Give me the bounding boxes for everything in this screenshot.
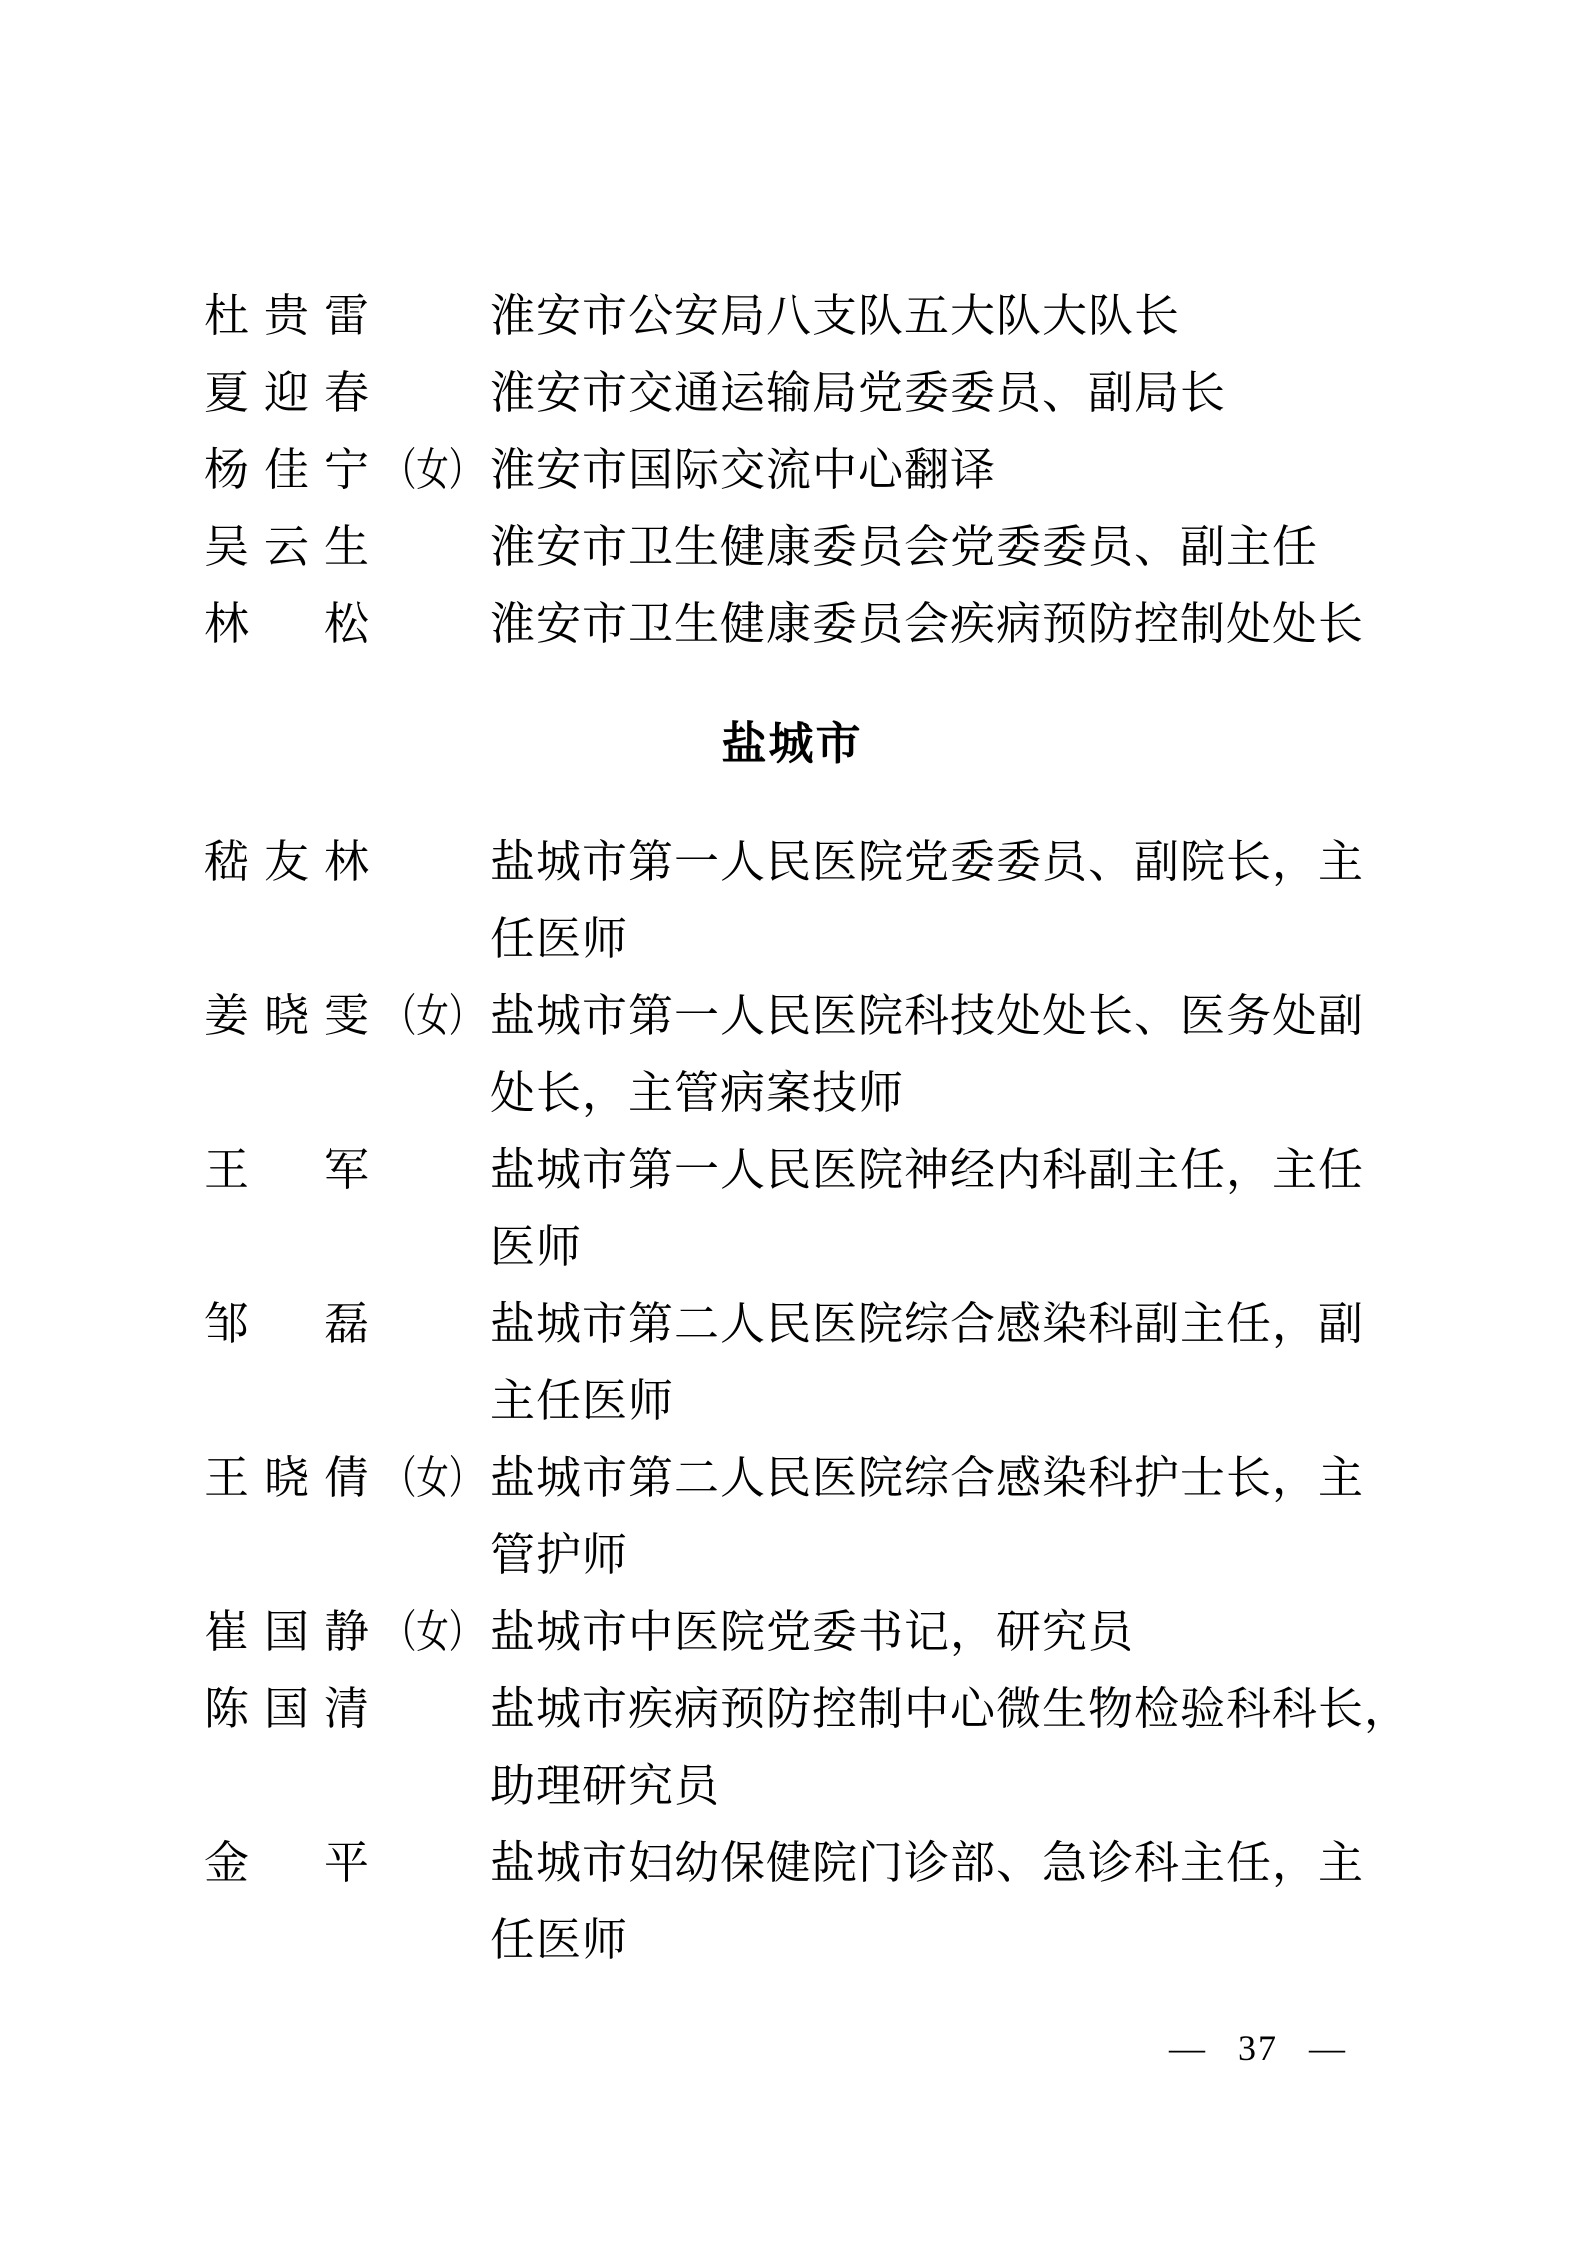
person-name-text: 金 平: [204, 1838, 384, 1888]
person-entry: 王晓倩（女） 盐城市第二人民医院综合感染科护士长，主 管护师: [204, 1440, 1380, 1594]
person-name: 夏迎春: [204, 355, 490, 432]
person-position: 盐城市妇幼保健院门诊部、急诊科主任，主 任医师: [490, 1825, 1380, 1979]
person-position: 盐城市第二人民医院综合感染科护士长，主 管护师: [490, 1440, 1380, 1594]
person-entry: 杜贵雷 淮安市公安局八支队五大队大队长: [204, 278, 1380, 355]
person-name-text: 杨佳宁: [204, 445, 384, 495]
page-number: — 37 —: [1169, 2026, 1347, 2070]
person-position: 盐城市中医院党委书记，研究员: [490, 1594, 1380, 1671]
gender-note: （女）: [384, 978, 481, 1055]
person-name: 王 军: [204, 1132, 490, 1209]
person-entry: 林 松 淮安市卫生健康委员会疾病预防控制处处长: [204, 586, 1380, 663]
person-entry: 嵇友林 盐城市第一人民医院党委委员、副院长，主 任医师: [204, 824, 1380, 978]
person-name: 吴云生: [204, 509, 490, 586]
person-name: 王晓倩（女）: [204, 1440, 490, 1517]
person-position: 盐城市第一人民医院党委委员、副院长，主 任医师: [490, 824, 1380, 978]
person-position: 淮安市卫生健康委员会疾病预防控制处处长: [490, 586, 1380, 663]
person-name: 杜贵雷: [204, 278, 490, 355]
person-name: 嵇友林: [204, 824, 490, 901]
person-name: 姜晓雯（女）: [204, 978, 490, 1055]
person-name: 杨佳宁（女）: [204, 432, 490, 509]
person-name: 崔国静（女）: [204, 1594, 490, 1671]
person-entry: 姜晓雯（女） 盐城市第一人民医院科技处处长、医务处副 处长，主管病案技师: [204, 978, 1380, 1132]
person-name-text: 杜贵雷: [204, 291, 384, 341]
person-position: 淮安市卫生健康委员会党委委员、副主任: [490, 509, 1380, 586]
gender-note: （女）: [384, 432, 481, 509]
person-name-text: 陈国清: [204, 1684, 384, 1734]
person-entry: 杨佳宁（女） 淮安市国际交流中心翻译: [204, 432, 1380, 509]
person-position: 盐城市第一人民医院神经内科副主任，主任 医师: [490, 1132, 1380, 1286]
document-page: 杜贵雷 淮安市公安局八支队五大队大队长 夏迎春 淮安市交通运输局党委委员、副局长…: [204, 278, 1380, 1979]
person-position: 盐城市第二人民医院综合感染科副主任，副 主任医师: [490, 1286, 1380, 1440]
person-name: 林 松: [204, 586, 490, 663]
person-name-text: 夏迎春: [204, 368, 384, 418]
person-name-text: 邹 磊: [204, 1299, 384, 1349]
person-entry: 王 军 盐城市第一人民医院神经内科副主任，主任 医师: [204, 1132, 1380, 1286]
section-title: 盐城市: [204, 705, 1380, 782]
person-position: 盐城市第一人民医院科技处处长、医务处副 处长，主管病案技师: [490, 978, 1380, 1132]
person-name: 金 平: [204, 1825, 490, 1902]
person-position: 淮安市国际交流中心翻译: [490, 432, 1380, 509]
person-entry: 金 平 盐城市妇幼保健院门诊部、急诊科主任，主 任医师: [204, 1825, 1380, 1979]
person-position: 盐城市疾病预防控制中心微生物检验科科长， 助理研究员: [490, 1671, 1410, 1825]
person-entry: 崔国静（女） 盐城市中医院党委书记，研究员: [204, 1594, 1380, 1671]
person-name-text: 王晓倩: [204, 1453, 384, 1503]
person-name-text: 崔国静: [204, 1607, 384, 1657]
person-entry: 邹 磊 盐城市第二人民医院综合感染科副主任，副 主任医师: [204, 1286, 1380, 1440]
person-position: 淮安市交通运输局党委委员、副局长: [490, 355, 1380, 432]
person-entry: 陈国清 盐城市疾病预防控制中心微生物检验科科长， 助理研究员: [204, 1671, 1380, 1825]
person-name-text: 王 军: [204, 1145, 384, 1195]
person-name: 陈国清: [204, 1671, 490, 1748]
person-entry: 夏迎春 淮安市交通运输局党委委员、副局长: [204, 355, 1380, 432]
person-name: 邹 磊: [204, 1286, 490, 1363]
person-name-text: 姜晓雯: [204, 991, 384, 1041]
person-name-text: 吴云生: [204, 522, 384, 572]
person-entry: 吴云生 淮安市卫生健康委员会党委委员、副主任: [204, 509, 1380, 586]
gender-note: （女）: [384, 1440, 481, 1517]
person-position: 淮安市公安局八支队五大队大队长: [490, 278, 1380, 355]
gender-note: （女）: [384, 1594, 481, 1671]
person-name-text: 林 松: [204, 599, 384, 649]
person-name-text: 嵇友林: [204, 837, 384, 887]
